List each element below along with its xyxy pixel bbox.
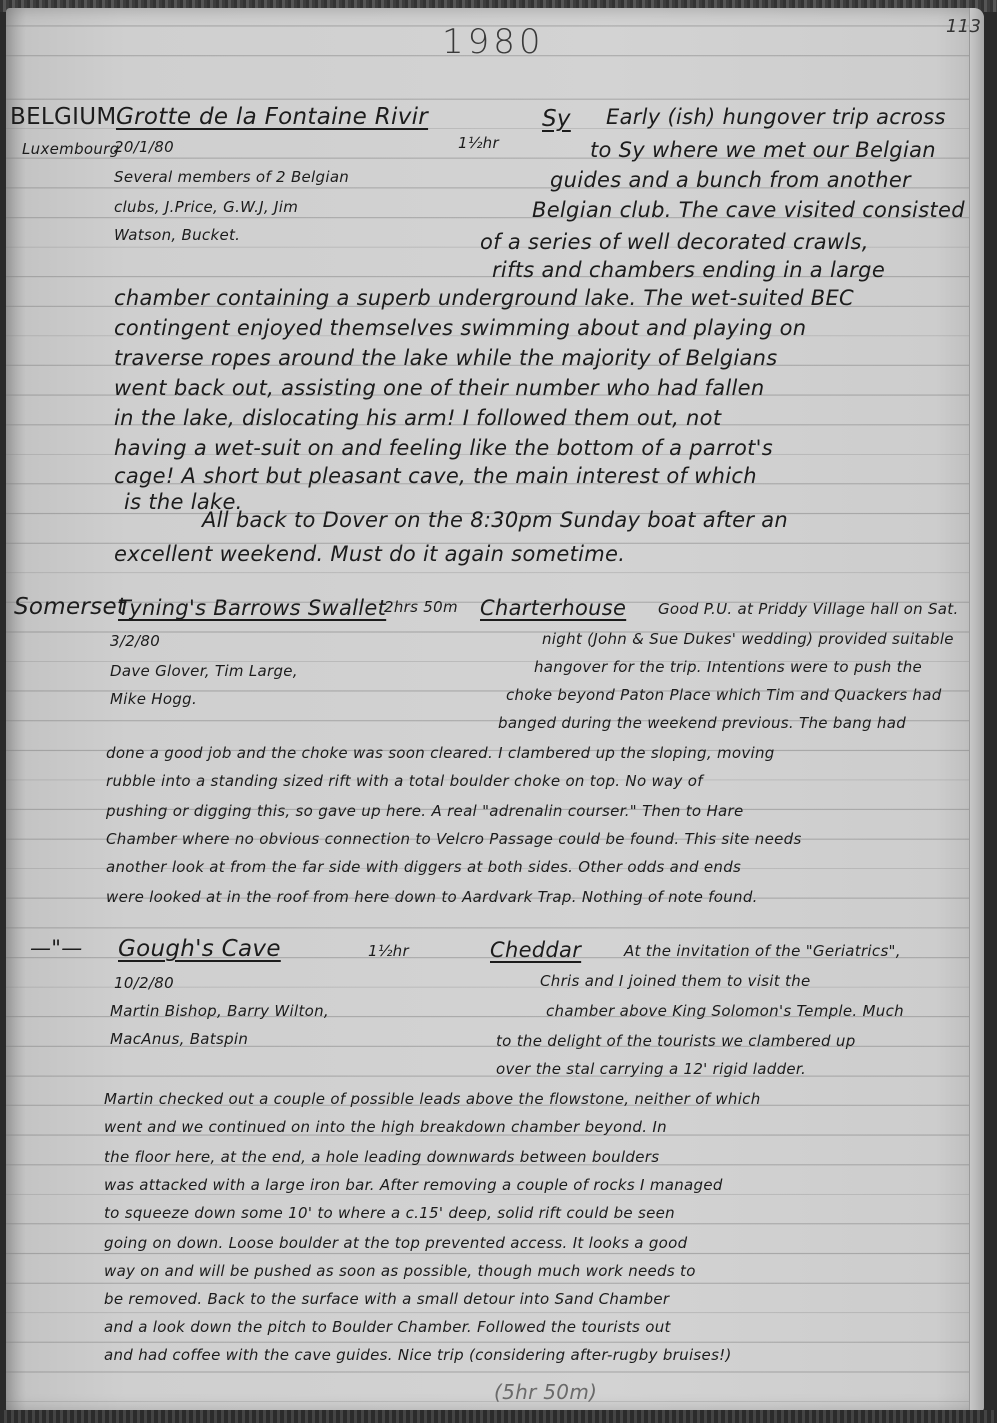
narrative-line: having a wet-suit on and feeling like th…	[114, 436, 773, 460]
entry-date: 20/1/80	[114, 138, 174, 156]
narrative-line: traverse ropes around the lake while the…	[114, 346, 778, 370]
narrative-line: to the delight of the tourists we clambe…	[496, 1032, 856, 1050]
narrative-line: another look at from the far side with d…	[106, 858, 741, 876]
narrative-line: guides and a bunch from another	[550, 168, 911, 192]
narrative-line: of a series of well decorated crawls,	[480, 230, 869, 254]
narrative-line: Good P.U. at Priddy Village hall on Sat.	[658, 600, 959, 618]
narrative-line: excellent weekend. Must do it again some…	[114, 542, 625, 566]
entry-location: Sy	[542, 106, 571, 132]
narrative-line: rifts and chambers ending in a large	[492, 258, 885, 282]
narrative-line: in the lake, dislocating his arm! I foll…	[114, 406, 721, 430]
narrative-line: night (John & Sue Dukes' wedding) provid…	[542, 630, 954, 648]
narrative-line: way on and will be pushed as soon as pos…	[104, 1262, 696, 1280]
entry-party-line: Watson, Bucket.	[114, 226, 240, 244]
entry-location: Cheddar	[490, 938, 581, 962]
narrative-line: over the stal carrying a 12' rigid ladde…	[496, 1060, 806, 1078]
narrative-line: going on down. Loose boulder at the top …	[104, 1234, 687, 1252]
narrative-line: and a look down the pitch to Boulder Cha…	[104, 1318, 671, 1336]
entry-party-line: clubs, J.Price, G.W.J, Jim	[114, 198, 298, 216]
entry-party-line: MacAnus, Batspin	[110, 1030, 248, 1048]
entry-location: Charterhouse	[480, 596, 626, 620]
entry-cave-name: Tyning's Barrows Swallet	[118, 596, 386, 620]
narrative-line: Chamber where no obvious connection to V…	[106, 830, 802, 848]
narrative-line: was attacked with a large iron bar. Afte…	[104, 1176, 723, 1194]
narrative-line: pushing or digging this, so gave up here…	[106, 802, 744, 820]
narrative-line: went and we continued on into the high b…	[104, 1118, 667, 1136]
narrative-line: Martin checked out a couple of possible …	[104, 1090, 761, 1108]
narrative-line: hangover for the trip. Intentions were t…	[534, 658, 922, 676]
entry-party-line: Several members of 2 Belgian	[114, 168, 349, 186]
page-edge	[969, 8, 984, 1413]
entry-region-ditto: —"—	[30, 936, 83, 960]
entry-duration: 1½hr	[458, 134, 499, 152]
narrative-line: Early (ish) hungover trip across	[606, 105, 946, 129]
entry-duration: 1½hr	[368, 942, 409, 960]
narrative-line: Chris and I joined them to visit the	[540, 972, 811, 990]
narrative-line: and had coffee with the cave guides. Nic…	[104, 1346, 732, 1364]
narrative-line: rubble into a standing sized rift with a…	[106, 772, 703, 790]
entry-cave-name: Gough's Cave	[118, 936, 281, 962]
narrative-line: choke beyond Paton Place which Tim and Q…	[506, 686, 942, 704]
narrative-line: to Sy where we met our Belgian	[590, 138, 936, 162]
total-duration-note: (5hr 50m)	[494, 1380, 597, 1404]
page-year: 1980	[442, 22, 545, 62]
narrative-line: chamber above King Solomon's Temple. Muc…	[546, 1002, 904, 1020]
entry-region-sub: Luxembourg	[22, 140, 119, 158]
entry-party-line: Dave Glover, Tim Large,	[110, 662, 298, 680]
entry-date: 3/2/80	[110, 632, 160, 650]
narrative-line: were looked at in the roof from here dow…	[106, 888, 758, 906]
narrative-line: All back to Dover on the 8:30pm Sunday b…	[202, 508, 788, 532]
narrative-line: Belgian club. The cave visited consisted	[532, 198, 965, 222]
narrative-line: be removed. Back to the surface with a s…	[104, 1290, 669, 1308]
entry-party-line: Mike Hogg.	[110, 690, 197, 708]
narrative-line: done a good job and the choke was soon c…	[106, 744, 775, 762]
entry-date: 10/2/80	[114, 974, 174, 992]
narrative-line: cage! A short but pleasant cave, the mai…	[114, 464, 757, 488]
entry-region: Somerset	[14, 594, 126, 620]
narrative-line: banged during the weekend previous. The …	[498, 714, 906, 732]
entry-region: BELGIUM	[10, 104, 117, 130]
narrative-line: to squeeze down some 10' to where a c.15…	[104, 1204, 675, 1222]
entry-duration: 2hrs 50m	[384, 598, 458, 616]
entry-party-line: Martin Bishop, Barry Wilton,	[110, 1002, 329, 1020]
narrative-line: chamber containing a superb underground …	[114, 286, 854, 310]
logbook-page: 1980 113 BELGIUM Grotte de la Fontaine R…	[6, 8, 984, 1413]
entry-cave-name: Grotte de la Fontaine Rivir	[116, 104, 428, 130]
narrative-line: At the invitation of the "Geriatrics",	[624, 942, 901, 960]
narrative-line: the floor here, at the end, a hole leadi…	[104, 1148, 659, 1166]
narrative-line: contingent enjoyed themselves swimming a…	[114, 316, 806, 340]
narrative-line: went back out, assisting one of their nu…	[114, 376, 765, 400]
page-number: 113	[946, 16, 981, 37]
binding-bottom-edge	[0, 1410, 997, 1423]
